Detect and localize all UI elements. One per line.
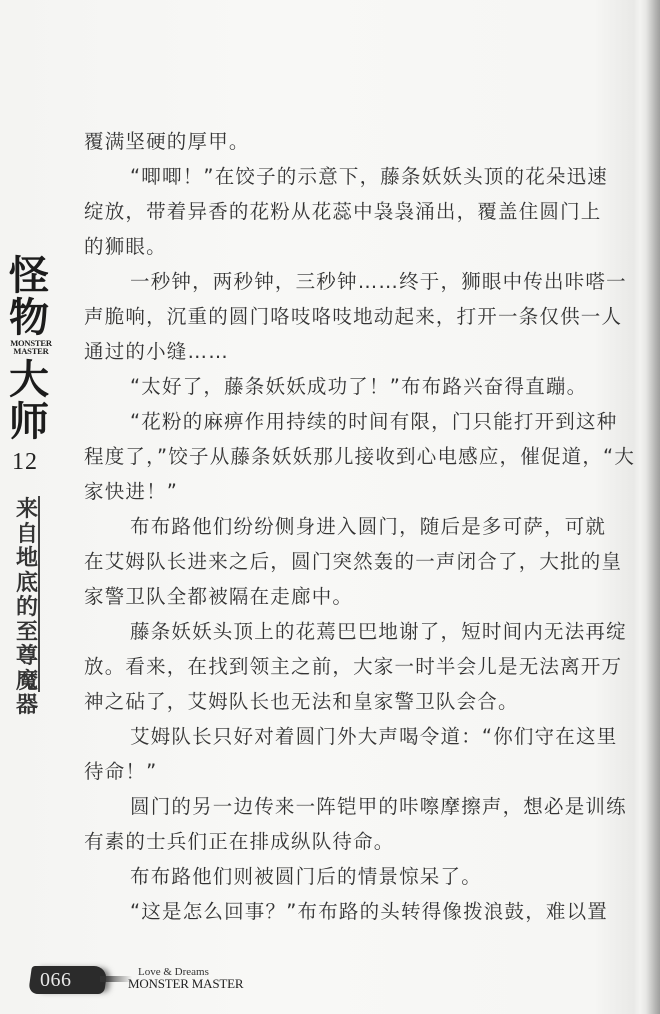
text-line: 艾姆队长只好对着圆门外大声喝令道：“你们守在这里 (84, 723, 619, 758)
text-line: 神之砧了，艾姆队长也无法和皇家警卫队会合。 (84, 688, 619, 723)
body-text: 覆满坚硬的厚甲。“唧唧！”在饺子的示意下，藤条妖妖头顶的花朵迅速绽放，带着异香的… (84, 128, 619, 933)
text-line: 藤条妖妖头顶上的花蔫巴巴地谢了，短时间内无法再绽 (84, 618, 619, 653)
text-line: “花粉的麻痹作用持续的时间有限，门只能打开到这种 (84, 408, 619, 443)
side-title: 怪 物 MONSTER MASTER 大 师 12 (0, 255, 80, 476)
text-line: 有素的士兵们正在排成纵队待命。 (84, 828, 619, 863)
text-line: 声脆响，沉重的圆门咯吱咯吱地动起来，打开一条仅供一人 (84, 303, 619, 338)
title-char: 物 (9, 297, 80, 339)
text-line: 程度了，”饺子从藤条妖妖那儿接收到心电感应，催促道，“大 (84, 443, 619, 478)
page-binding-shadow (646, 0, 660, 1014)
text-line: 一秒钟，两秒钟，三秒钟……终于，狮眼中传出咔嗒一 (84, 268, 619, 303)
volume-number: 12 (12, 449, 80, 476)
page-footer: 066 Love & Dreams MONSTER MASTER (30, 960, 290, 994)
series-name: MONSTER MASTER (128, 976, 243, 992)
title-char: 师 (9, 401, 80, 443)
text-line: 家快进！” (84, 478, 619, 513)
text-line: “这是怎么回事？”布布路的头转得像拨浪鼓，难以置 (84, 898, 619, 933)
text-line: 通过的小缝…… (84, 338, 619, 373)
text-line: 的狮眼。 (84, 233, 619, 268)
text-line: 覆满坚硬的厚甲。 (84, 128, 619, 163)
text-line: 在艾姆队长进来之后，圆门突然轰的一声闭合了，大批的皇 (84, 548, 619, 583)
logo-text-line-2: MASTER (6, 347, 56, 355)
text-line: 放。看来，在找到领主之前，大家一时半会儿是无法离开万 (84, 653, 619, 688)
text-line: “太好了，藤条妖妖成功了！”布布路兴奋得直蹦。 (84, 373, 619, 408)
subtitle-divider (38, 496, 40, 692)
subtitle-char: 器 (12, 694, 42, 719)
book-page: 怪 物 MONSTER MASTER 大 师 12 来自地底的至尊魔器 覆满坚硬… (0, 0, 660, 1014)
text-line: 待命！” (84, 758, 619, 793)
text-line: “唧唧！”在饺子的示意下，藤条妖妖头顶的花朵迅速 (84, 163, 619, 198)
text-line: 布布路他们纷纷侧身进入圆门，随后是多可萨，可就 (84, 513, 619, 548)
text-line: 圆门的另一边传来一阵铠甲的咔嚓摩擦声，想必是训练 (84, 793, 619, 828)
text-line: 布布路他们则被圆门后的情景惊呆了。 (84, 863, 619, 898)
title-char: 怪 (9, 255, 80, 297)
text-line: 家警卫队全都被隔在走廊中。 (84, 583, 619, 618)
page-number: 066 (40, 966, 72, 994)
text-line: 绽放，带着异香的花粉从花蕊中袅袅涌出，覆盖住圆门上 (84, 198, 619, 233)
title-char: 大 (9, 359, 80, 401)
